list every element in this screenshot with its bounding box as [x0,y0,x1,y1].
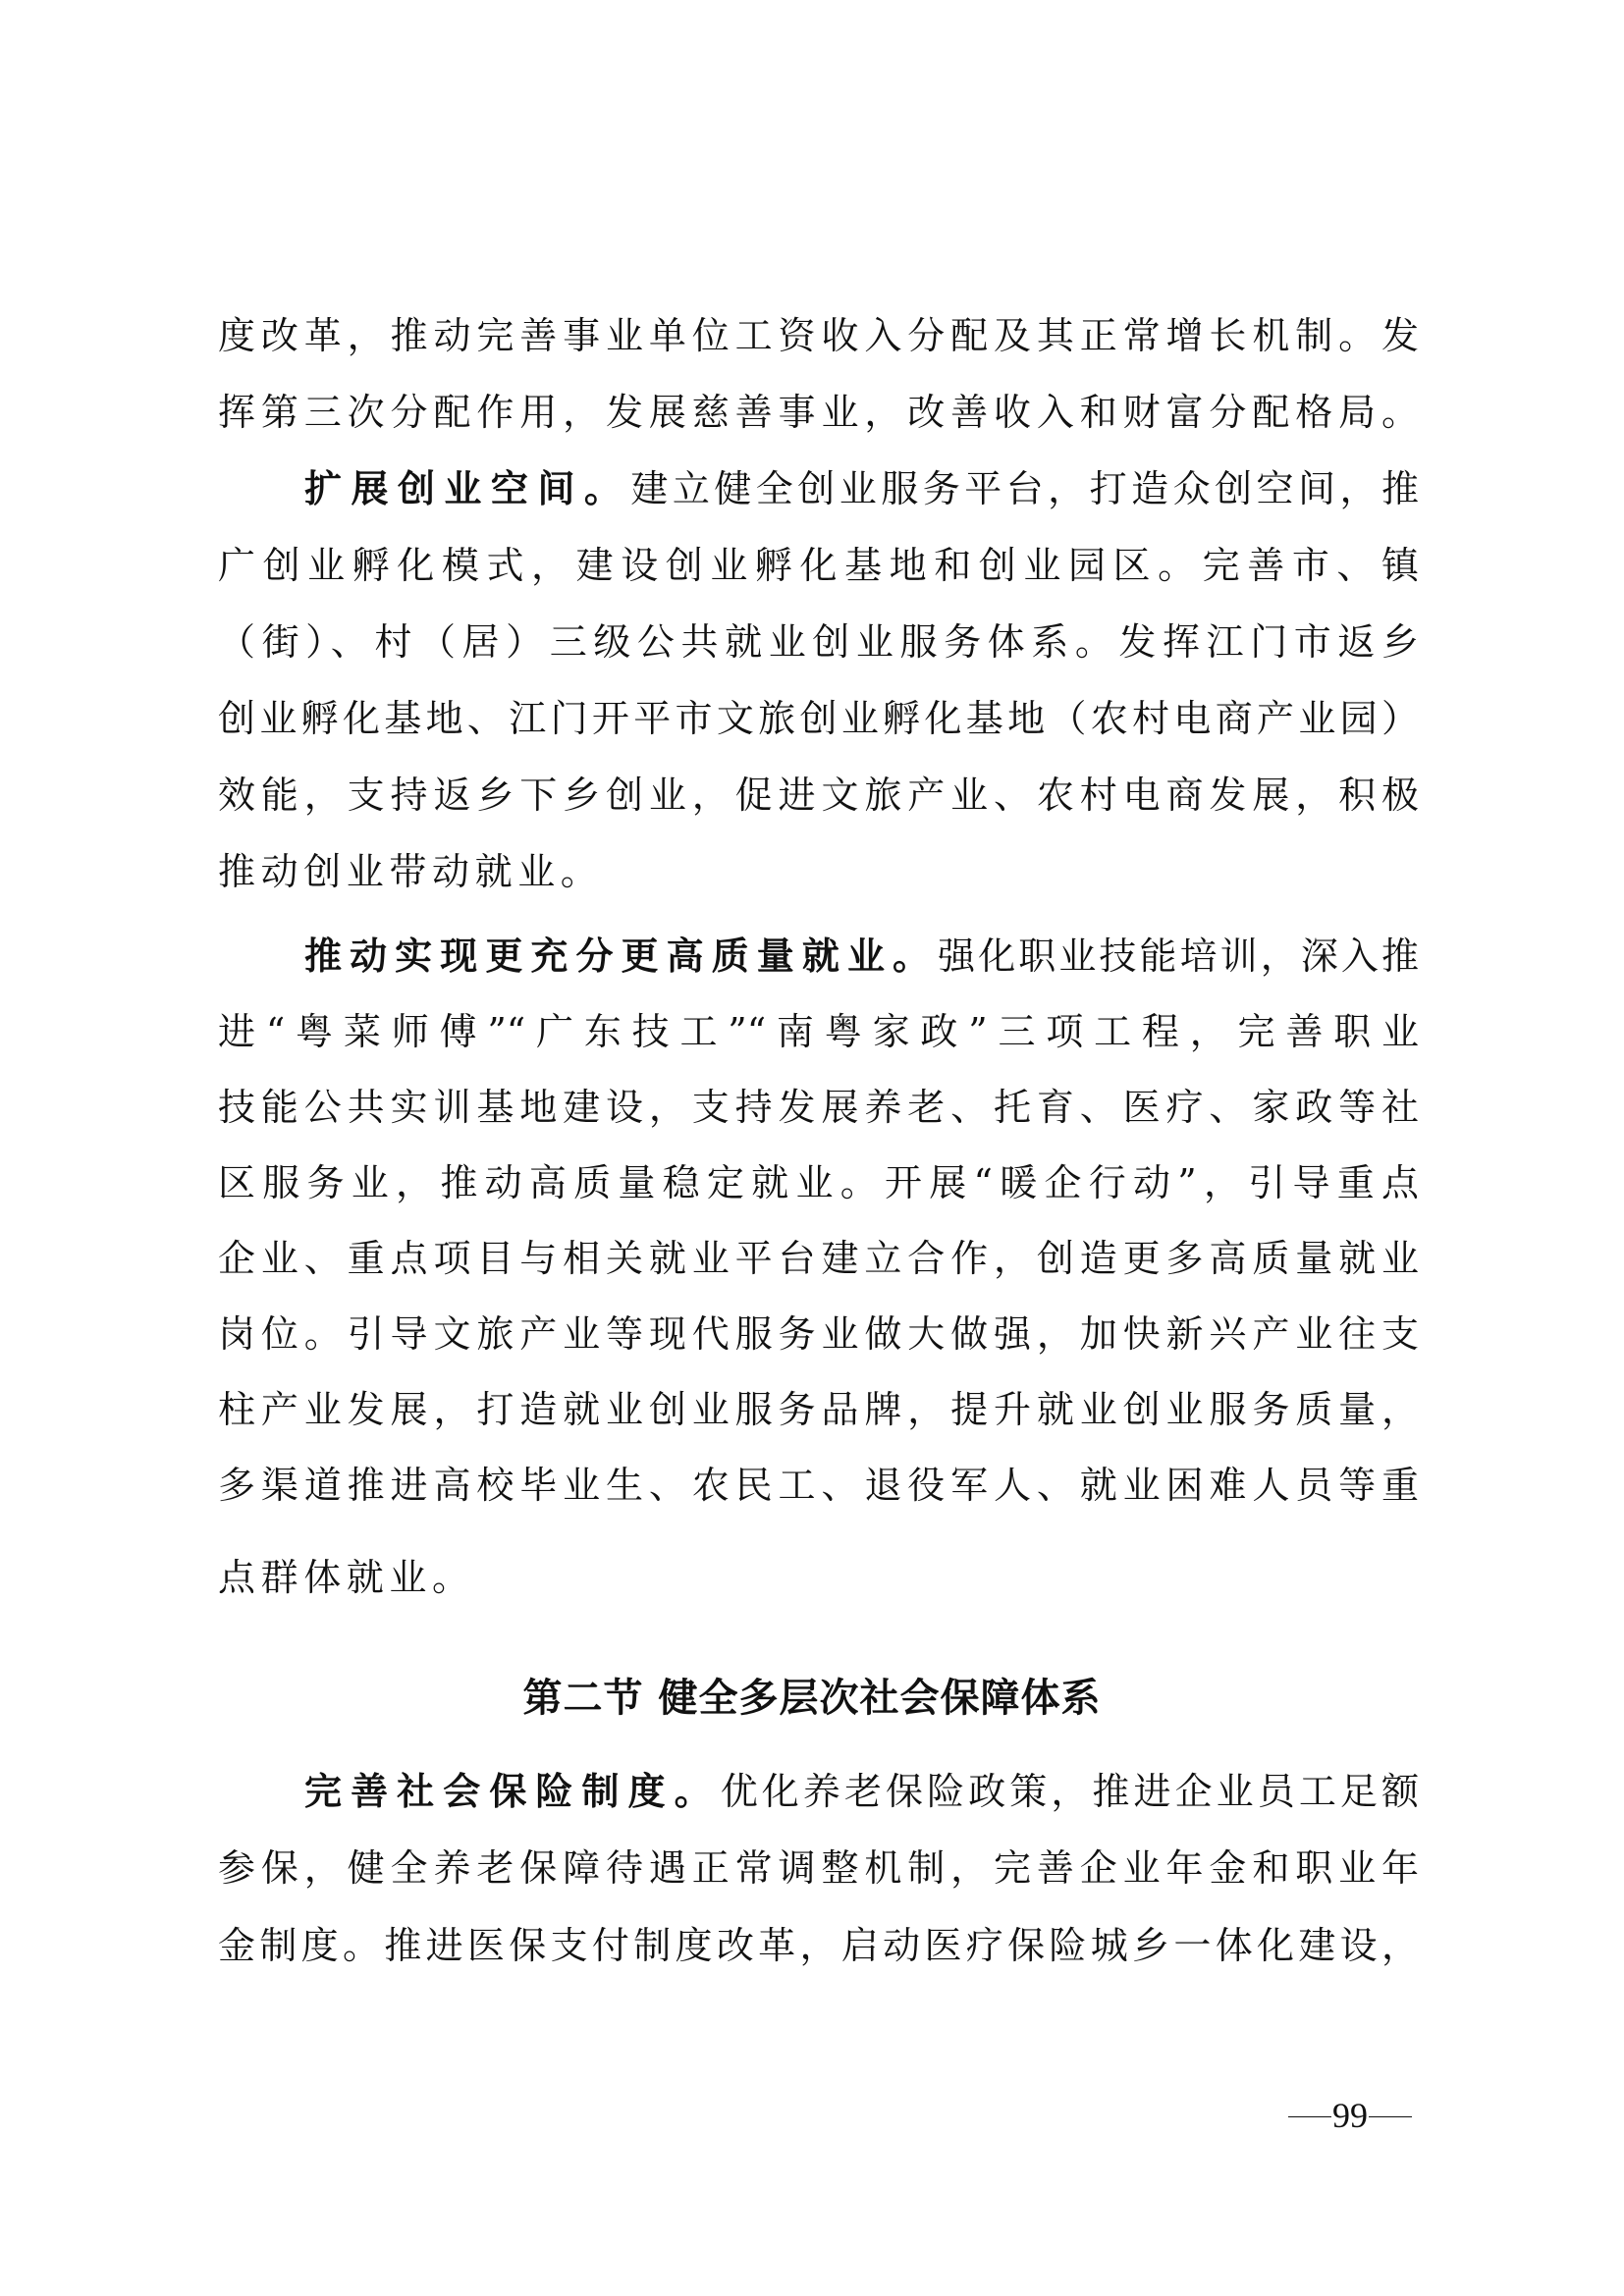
paragraph-2-line-3: （街）、村（居）三级公共就业创业服务体系。发挥江门市返乡 [218,618,1419,666]
paragraph-4-line-1-text: 优化养老保险政策，推进企业员工足额 [721,1770,1419,1813]
paragraph-4-line-2: 参保，健全养老保障待遇正常调整机制，完善企业年金和职业年 [218,1844,1419,1892]
paragraph-3-line-8: 多渠道推进高校毕业生、农民工、退役军人、就业困难人员等重 [218,1462,1419,1509]
paragraph-4-line-1: 完善社会保险制度。优化养老保险政策，推进企业员工足额 [304,1768,1419,1815]
paragraph-3-line-1: 推动实现更充分更高质量就业。强化职业技能培训，深入推 [304,933,1419,980]
right-dash [1369,2116,1412,2117]
left-dash [1288,2116,1331,2117]
paragraph-2-line-4: 创业孵化基地、江门开平市文旅创业孵化基地（农村电商产业园） [218,695,1419,742]
paragraph-3-line-9: 点群体就业。 [218,1554,1419,1601]
page-number: 99 [1331,2096,1369,2135]
paragraph-3-line-5: 企业、重点项目与相关就业平台建立合作，创造更多高质量就业 [218,1235,1419,1282]
paragraph-4-line-3: 金制度。推进医保支付制度改革，启动医疗保险城乡一体化建设， [218,1922,1419,1969]
paragraph-3-line-7: 柱产业发展，打造就业创业服务品牌，提升就业创业服务质量， [218,1386,1419,1433]
paragraph-3-line-6: 岗位。引导文旅产业等现代服务业做大做强，加快新兴产业往支 [218,1310,1419,1358]
paragraph-2-line-6: 推动创业带动就业。 [218,848,1419,895]
paragraph-2-line-2: 广创业孵化模式，建设创业孵化基地和创业园区。完善市、镇 [218,542,1419,589]
paragraph-3-line-2: 进“粤菜师傅”“广东技工”“南粤家政”三项工程，完善职业 [218,1008,1419,1055]
paragraph-3-line-3: 技能公共实训基地建设，支持发展养老、托育、医疗、家政等社 [218,1084,1419,1131]
paragraph-3-lead-heading: 推动实现更充分更高质量就业。 [304,934,938,978]
paragraph-1-line-2: 挥第三次分配作用，发展慈善事业，改善收入和财富分配格局。 [218,389,1419,436]
paragraph-2-line-1-text: 建立健全创业服务平台，打造众创空间，推 [630,467,1419,510]
paragraph-2-line-5: 效能，支持返乡下乡创业，促进文旅产业、农村电商发展，积极 [218,772,1419,819]
paragraph-1-line-1: 度改革，推动完善事业单位工资收入分配及其正常增长机制。发 [218,312,1419,359]
paragraph-2-line-1: 扩展创业空间。建立健全创业服务平台，打造众创空间，推 [304,465,1419,512]
paragraph-3-line-1-text: 强化职业技能培训，深入推 [938,934,1419,978]
section-heading: 第二节 健全多层次社会保障体系 [0,1673,1624,1724]
page-number-footer: 99 [1288,2096,1435,2135]
paragraph-4-lead-heading: 完善社会保险制度。 [304,1770,721,1813]
paragraph-3-line-4: 区服务业，推动高质量稳定就业。开展“暖企行动”，引导重点 [218,1159,1419,1206]
document-page: 度改革，推动完善事业单位工资收入分配及其正常增长机制。发 挥第三次分配作用，发展… [0,0,1624,2296]
paragraph-2-lead-heading: 扩展创业空间。 [304,467,630,510]
